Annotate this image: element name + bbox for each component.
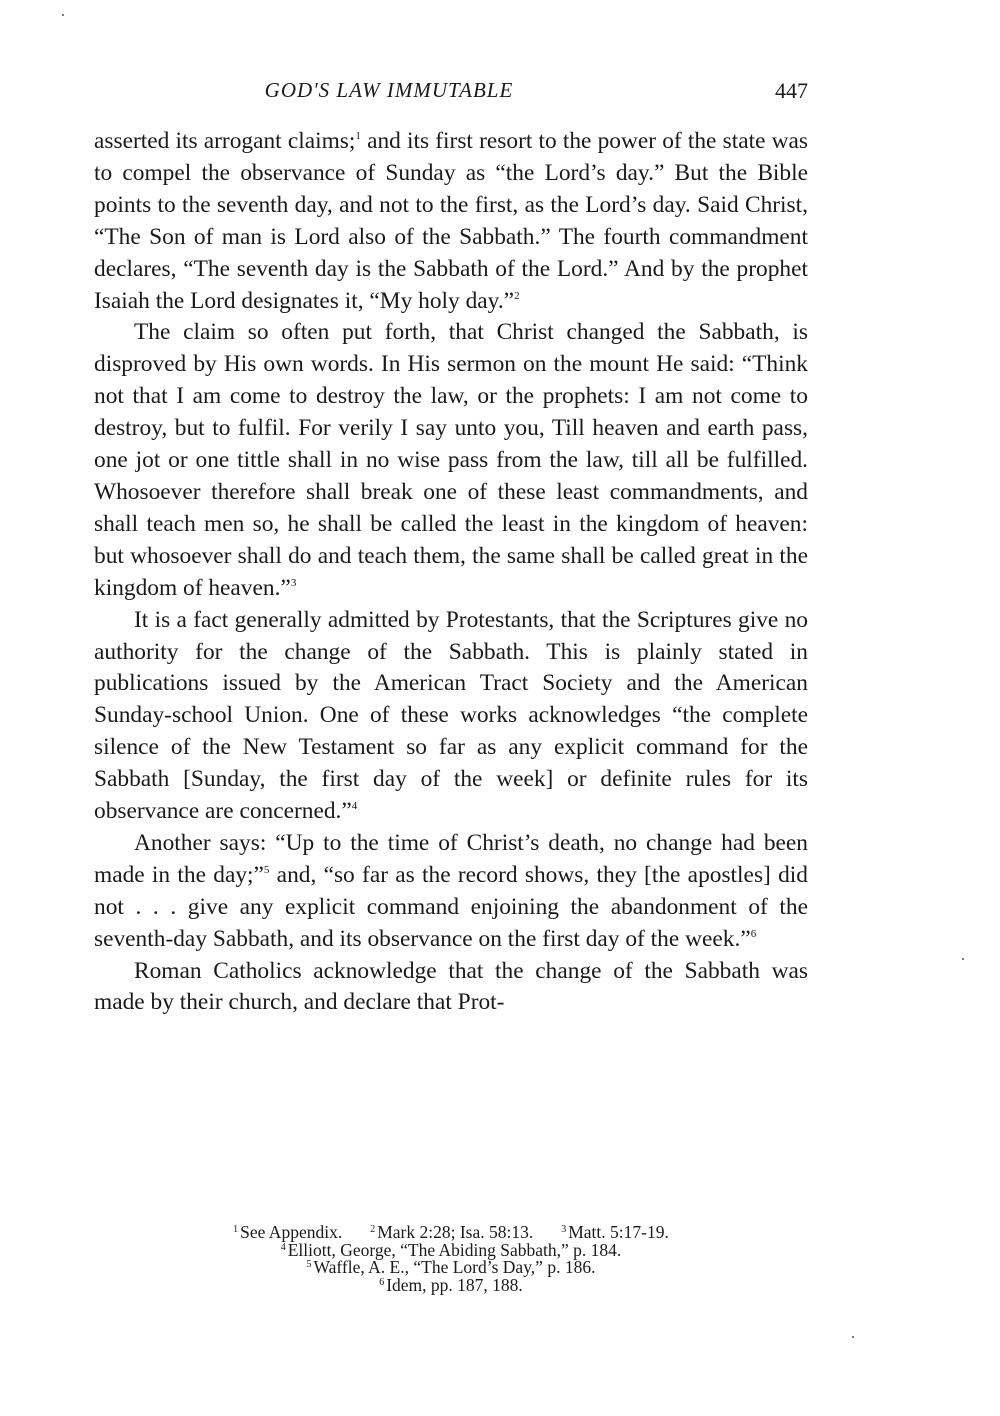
running-head: GOD'S LAW IMMUTABLE 447 <box>94 78 808 108</box>
footnote: 3Matt. 5:17-19. <box>561 1224 669 1242</box>
footnote-ref: 5 <box>264 864 270 876</box>
footnote-row-1: 1See Appendix.2Mark 2:28; Isa. 58:13.3Ma… <box>94 1224 808 1242</box>
footnote-mark: 2 <box>370 1224 375 1235</box>
scan-speck <box>62 14 64 16</box>
scan-speck <box>962 958 964 960</box>
paragraph-4: Another says: “Up to the time of Christ’… <box>94 828 808 956</box>
body-text: asserted its arrogant claims;1 and its f… <box>94 126 808 1019</box>
footnote-ref: 2 <box>514 290 520 302</box>
paragraph-3: It is a fact generally admitted by Prote… <box>94 605 808 828</box>
footnote-row-4: 6Idem, pp. 187, 188. <box>94 1277 808 1295</box>
footnote: 2Mark 2:28; Isa. 58:13. <box>370 1224 533 1242</box>
footnote-mark: 1 <box>233 1224 238 1235</box>
paragraph-2: The claim so often put forth, that Chris… <box>94 317 808 604</box>
footnote-ref: 6 <box>751 928 757 940</box>
footnotes: 1See Appendix.2Mark 2:28; Isa. 58:13.3Ma… <box>94 1224 808 1294</box>
footnote-mark: 5 <box>307 1259 312 1270</box>
footnote-ref: 1 <box>355 130 361 142</box>
paragraph-1: asserted its arrogant claims;1 and its f… <box>94 126 808 317</box>
footnote-mark: 6 <box>379 1277 384 1288</box>
footnote: 6Idem, pp. 187, 188. <box>379 1277 523 1295</box>
footnote: 1See Appendix. <box>233 1224 342 1242</box>
footnote-ref: 3 <box>291 577 297 589</box>
footnote-mark: 4 <box>281 1242 286 1253</box>
running-title: GOD'S LAW IMMUTABLE <box>94 78 684 103</box>
page-number: 447 <box>775 78 808 104</box>
paragraph-5: Roman Catholics acknowledge that the cha… <box>94 956 808 1020</box>
scan-speck <box>852 1336 854 1338</box>
footnote-mark: 3 <box>561 1224 566 1235</box>
footnote-ref: 4 <box>352 800 358 812</box>
